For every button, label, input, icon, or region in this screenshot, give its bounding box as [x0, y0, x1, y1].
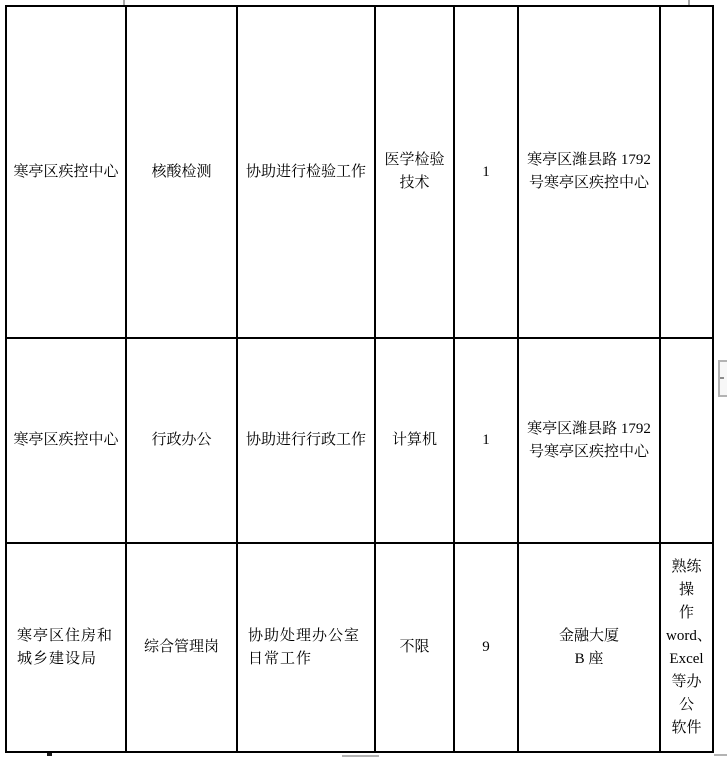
cell-address: 寒亭区潍县路 1792 号寒亭区疾控中心 — [518, 6, 660, 338]
cell-duty: 协助进行行政工作 — [237, 338, 375, 543]
table-row: 寒亭区疾控中心 行政办公 协助进行行政工作 计算机 1 寒亭区潍县路 1792 … — [6, 338, 713, 543]
cell-position: 综合管理岗 — [126, 543, 237, 752]
cell-organization: 寒亭区住房和 城乡建设局 — [6, 543, 126, 752]
cell-address: 金融大厦 B 座 — [518, 543, 660, 752]
table-border-remnant-bottom-right — [714, 754, 727, 756]
cell-note — [660, 338, 713, 543]
cell-address: 寒亭区潍县路 1792 号寒亭区疾控中心 — [518, 338, 660, 543]
cell-organization: 寒亭区疾控中心 — [6, 338, 126, 543]
cell-major-requirement: 医学检验 技术 — [375, 6, 454, 338]
cell-duty: 协助进行检验工作 — [237, 6, 375, 338]
scrollbar-thumb[interactable] — [718, 360, 727, 397]
cell-major-requirement: 不限 — [375, 543, 454, 752]
table-row: 寒亭区住房和 城乡建设局 综合管理岗 协助处理办公室 日常工作 不限 9 金融大… — [6, 543, 713, 752]
scrollbar-grip-icon — [720, 377, 724, 379]
table-row: 寒亭区疾控中心 核酸检测 协助进行检验工作 医学检验 技术 1 寒亭区潍县路 1… — [6, 6, 713, 338]
cell-note: 熟练操 作 word、 Excel 等办公 软件 — [660, 543, 713, 752]
cell-position: 行政办公 — [126, 338, 237, 543]
cell-headcount: 1 — [454, 338, 518, 543]
cell-headcount: 9 — [454, 543, 518, 752]
cell-headcount: 1 — [454, 6, 518, 338]
job-positions-table: 寒亭区疾控中心 核酸检测 协助进行检验工作 医学检验 技术 1 寒亭区潍县路 1… — [5, 5, 714, 753]
cell-duty: 协助处理办公室 日常工作 — [237, 543, 375, 752]
cell-position: 核酸检测 — [126, 6, 237, 338]
cell-note — [660, 6, 713, 338]
cell-major-requirement: 计算机 — [375, 338, 454, 543]
cell-organization: 寒亭区疾控中心 — [6, 6, 126, 338]
cutoff-text-remnant-bottom — [47, 753, 52, 756]
